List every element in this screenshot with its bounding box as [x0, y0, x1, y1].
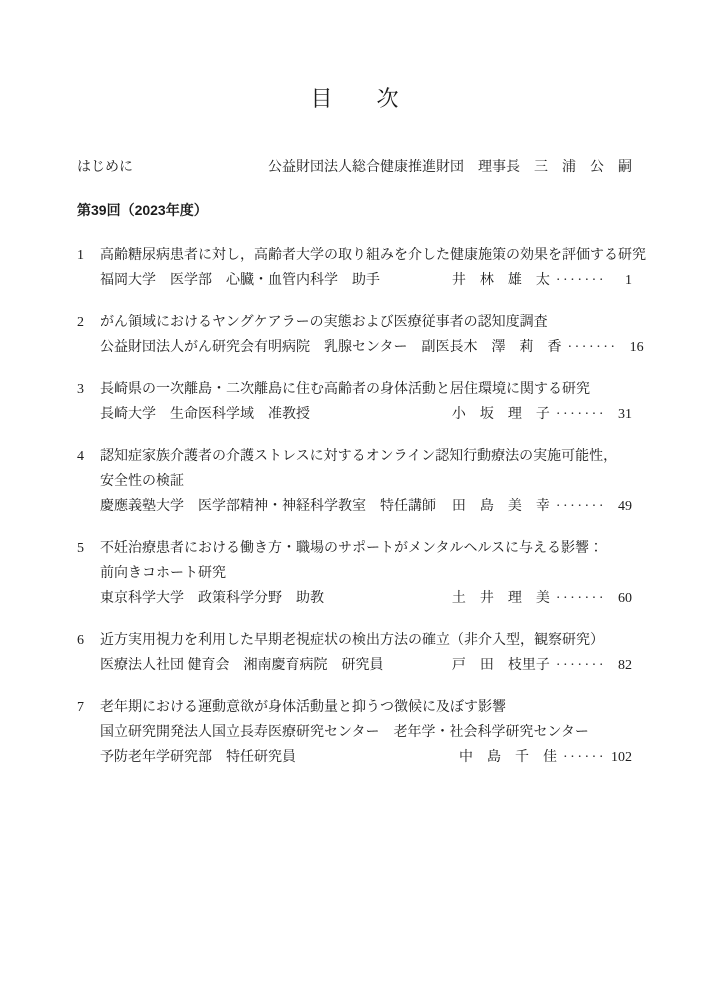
entry-number: 2	[77, 310, 100, 335]
entry-number: 4	[77, 444, 100, 469]
entry-author-group: 土 井 理 美·······60	[452, 586, 632, 611]
entry-dot-leader: ·······	[556, 273, 606, 288]
entry-author: 井 林 雄 太	[452, 273, 550, 288]
entry-title-continuation: 安全性の検証	[77, 469, 632, 494]
entry-affiliation-row: 医療法人社団 健育会 湘南慶育病院 研究員戸 田 枝里子·······82	[77, 653, 632, 678]
entry-page-number: 102	[608, 745, 632, 770]
entry-affiliation: 長崎大学 生命医科学域 准教授	[100, 402, 452, 427]
entry-title-line: がん領域におけるヤングケアラーの実態および医療従事者の認知度調査	[100, 310, 548, 335]
entry-affiliation: 福岡大学 医学部 心臓・血管内科学 助手	[100, 268, 452, 293]
entry-dot-leader: ·······	[556, 499, 606, 514]
entry-title-line: 不妊治療患者における働き方・職場のサポートがメンタルヘルスに与える影響：	[100, 536, 603, 561]
intro-row: はじめに 公益財団法人総合健康推進財団 理事長 三 浦 公 嗣	[77, 160, 632, 176]
entry-title-continuation: 前向きコホート研究	[77, 561, 632, 586]
entry-title-row: 6近方実用視力を利用した早期老視症状の検出方法の確立（非介入型，観察研究）	[77, 628, 632, 653]
entry-affiliation-row: 慶應義塾大学 医学部精神・神経科学教室 特任講師田 島 美 幸·······49	[77, 494, 632, 519]
entry-author: 戸 田 枝里子	[452, 658, 550, 673]
entry-affiliation: 東京科学大学 政策科学分野 助教	[100, 586, 452, 611]
entry-author: 土 井 理 美	[452, 591, 550, 606]
entry-dot-leader: ·······	[556, 591, 606, 606]
entry-title-row: 3長崎県の一次離島・二次離島に住む高齢者の身体活動と居住環境に関する研究	[77, 377, 632, 402]
toc-content: 目 次 はじめに 公益財団法人総合健康推進財団 理事長 三 浦 公 嗣 第39回…	[0, 0, 707, 770]
entry-title-line: 認知症家族介護者の介護ストレスに対するオンライン認知行動療法の実施可能性，	[100, 444, 617, 469]
entry-page-number: 60	[608, 586, 632, 611]
entry-affiliation-row: 公益財団法人がん研究会有明病院 乳腺センター 副医長木 澤 莉 香·······…	[77, 335, 632, 360]
entry-affiliation-row: 福岡大学 医学部 心臓・血管内科学 助手井 林 雄 太·······1	[77, 268, 632, 293]
entry-affiliation-row: 予防老年学研究部 特任研究員中 島 千 佳······102	[77, 745, 632, 770]
entry-affiliation: 予防老年学研究部 特任研究員	[100, 745, 459, 770]
entry-page-number: 82	[608, 653, 632, 678]
entry-dot-leader: ······	[563, 750, 606, 765]
entry-author-group: 井 林 雄 太·······1	[452, 268, 632, 293]
entry-dot-leader: ·······	[556, 407, 606, 422]
entry-affiliation-row: 長崎大学 生命医科学域 准教授小 坂 理 子·······31	[77, 402, 632, 427]
entry-title-row: 2がん領域におけるヤングケアラーの実態および医療従事者の認知度調査	[77, 310, 632, 335]
entry-number: 3	[77, 377, 100, 402]
entry-dot-leader: ·······	[556, 658, 606, 673]
entry-author: 中 島 千 佳	[459, 750, 557, 765]
entry-title-row: 5不妊治療患者における働き方・職場のサポートがメンタルヘルスに与える影響：	[77, 536, 632, 561]
entry-affiliation-row: 東京科学大学 政策科学分野 助教土 井 理 美·······60	[77, 586, 632, 611]
entry-title-line: 高齢糖尿病患者に対し，高齢者大学の取り組みを介した健康施策の効果を評価する研究	[100, 243, 646, 268]
page-title: 目 次	[77, 88, 632, 110]
entry-affiliation: 慶應義塾大学 医学部精神・神経科学教室 特任講師	[100, 494, 452, 519]
toc-entries: 1高齢糖尿病患者に対し，高齢者大学の取り組みを介した健康施策の効果を評価する研究…	[77, 243, 632, 770]
toc-entry: 4認知症家族介護者の介護ストレスに対するオンライン認知行動療法の実施可能性，安全…	[77, 444, 632, 519]
entry-page-number: 31	[608, 402, 632, 427]
entry-author: 田 島 美 幸	[452, 499, 550, 514]
entry-affiliation: 公益財団法人がん研究会有明病院 乳腺センター 副医長	[100, 335, 463, 360]
entry-title-line: 長崎県の一次離島・二次離島に住む高齢者の身体活動と居住環境に関する研究	[100, 377, 590, 402]
toc-entry: 6近方実用視力を利用した早期老視症状の検出方法の確立（非介入型，観察研究）医療法…	[77, 628, 632, 678]
toc-entry: 5不妊治療患者における働き方・職場のサポートがメンタルヘルスに与える影響：前向き…	[77, 536, 632, 611]
entry-author: 木 澤 莉 香	[463, 340, 561, 355]
toc-entry: 3長崎県の一次離島・二次離島に住む高齢者の身体活動と居住環境に関する研究長崎大学…	[77, 377, 632, 427]
session-heading: 第39回（2023年度）	[77, 202, 632, 218]
entry-affiliation: 国立研究開発法人国立長寿医療研究センター 老年学・社会科学研究センター	[77, 720, 632, 745]
entry-number: 6	[77, 628, 100, 653]
entry-author: 小 坂 理 子	[452, 407, 550, 422]
entry-number: 5	[77, 536, 100, 561]
entry-title-row: 4認知症家族介護者の介護ストレスに対するオンライン認知行動療法の実施可能性，	[77, 444, 632, 469]
entry-title-row: 7老年期における運動意欲が身体活動量と抑うつ徴候に及ぼす影響	[77, 695, 632, 720]
entry-page-number: 16	[620, 335, 644, 360]
entry-title-row: 1高齢糖尿病患者に対し，高齢者大学の取り組みを介した健康施策の効果を評価する研究	[77, 243, 632, 268]
entry-author-group: 小 坂 理 子·······31	[452, 402, 632, 427]
entry-title-line: 老年期における運動意欲が身体活動量と抑うつ徴候に及ぼす影響	[100, 695, 506, 720]
entry-author-group: 戸 田 枝里子·······82	[452, 653, 632, 678]
intro-label: はじめに	[77, 160, 133, 176]
entry-page-number: 1	[608, 268, 632, 293]
toc-entry: 7老年期における運動意欲が身体活動量と抑うつ徴候に及ぼす影響国立研究開発法人国立…	[77, 695, 632, 770]
entry-author-group: 中 島 千 佳······102	[459, 745, 632, 770]
entry-title-line: 近方実用視力を利用した早期老視症状の検出方法の確立（非介入型，観察研究）	[100, 628, 604, 653]
entry-number: 1	[77, 243, 100, 268]
toc-entry: 2がん領域におけるヤングケアラーの実態および医療従事者の認知度調査公益財団法人が…	[77, 310, 632, 360]
intro-credit: 公益財団法人総合健康推進財団 理事長 三 浦 公 嗣	[268, 160, 632, 176]
entry-dot-leader: ·······	[567, 340, 617, 355]
entry-affiliation: 医療法人社団 健育会 湘南慶育病院 研究員	[100, 653, 452, 678]
entry-author-group: 田 島 美 幸·······49	[452, 494, 632, 519]
entry-number: 7	[77, 695, 100, 720]
entry-author-group: 木 澤 莉 香·······16	[463, 335, 643, 360]
entry-page-number: 49	[608, 494, 632, 519]
toc-entry: 1高齢糖尿病患者に対し，高齢者大学の取り組みを介した健康施策の効果を評価する研究…	[77, 243, 632, 293]
document-page: 目 次 はじめに 公益財団法人総合健康推進財団 理事長 三 浦 公 嗣 第39回…	[0, 0, 707, 1000]
